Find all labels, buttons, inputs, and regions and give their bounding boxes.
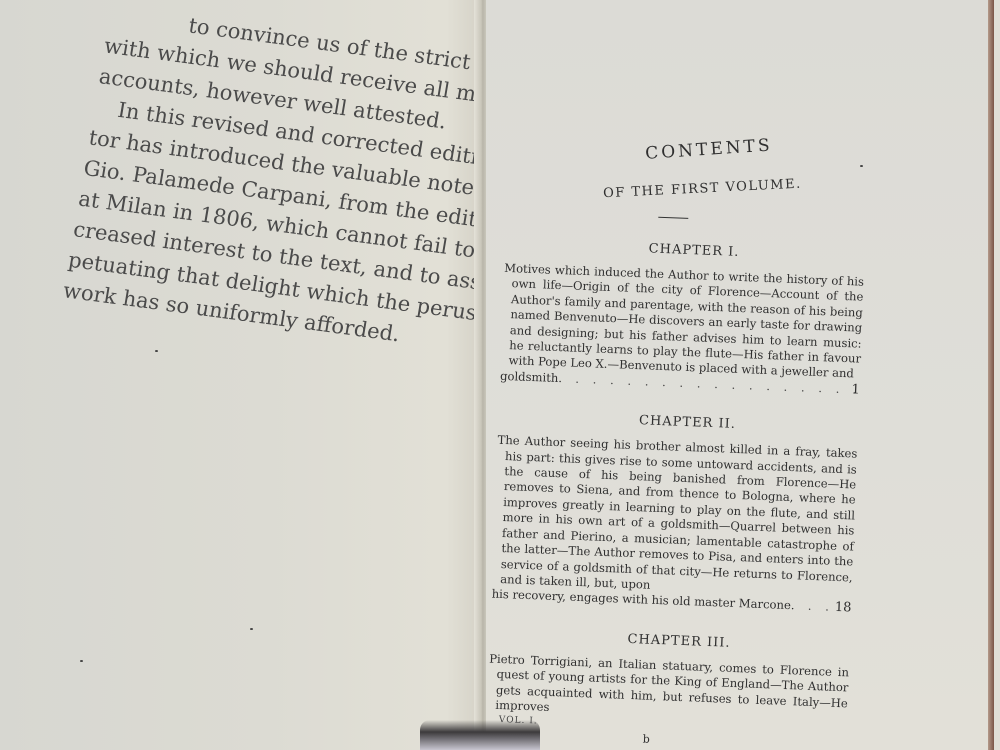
- chapter-summary: Pietro Torrigiani, an Italian statuary, …: [487, 651, 849, 726]
- contents-page: CONTENTS OF THE FIRST VOLUME. CHAPTER I.…: [486, 118, 870, 750]
- chapter-entry: CHAPTER I. Motives which induced the Aut…: [500, 236, 865, 398]
- paper-speck: [80, 660, 83, 662]
- preface-text: to convince us of the strict caution wit…: [61, 0, 469, 353]
- paper-speck: [155, 350, 158, 352]
- left-page: to convince us of the strict caution wit…: [0, 0, 485, 750]
- page-number: 18: [843, 600, 852, 616]
- chapter-entry: CHAPTER II. The Author seeing his brothe…: [491, 408, 858, 616]
- chapter-summary-text: Pietro Torrigiani, an Italian statuary, …: [489, 651, 849, 714]
- chapter-heading: CHAPTER II.: [516, 409, 858, 437]
- chapter-heading: CHAPTER I.: [523, 237, 865, 265]
- contents-title: CONTENTS: [549, 129, 870, 170]
- chapter-summary-last-line: goldsmith.: [508, 369, 563, 386]
- paper-speck: [250, 628, 253, 630]
- paper-speck: [860, 165, 863, 167]
- title-rule: [658, 217, 688, 219]
- chapter-summary-text: Motives which induced the Author to writ…: [504, 261, 864, 381]
- chapter-entry: CHAPTER III. Pietro Torrigiani, an Itali…: [486, 626, 850, 750]
- book-photo: to convince us of the strict caution wit…: [0, 0, 1000, 750]
- chapter-summary: Motives which induced the Author to writ…: [500, 261, 864, 398]
- chapter-summary: The Author seeing his brother almost kil…: [491, 433, 857, 616]
- contents-subtitle: OF THE FIRST VOLUME.: [537, 173, 867, 204]
- chapter-summary-text: The Author seeing his brother almost kil…: [497, 433, 857, 592]
- book-cover-edge: [988, 0, 994, 750]
- gutter-shadow: [420, 720, 540, 750]
- page-leader: his recovery, engages with his old maste…: [499, 587, 851, 616]
- chapter-heading: CHAPTER III.: [508, 627, 850, 655]
